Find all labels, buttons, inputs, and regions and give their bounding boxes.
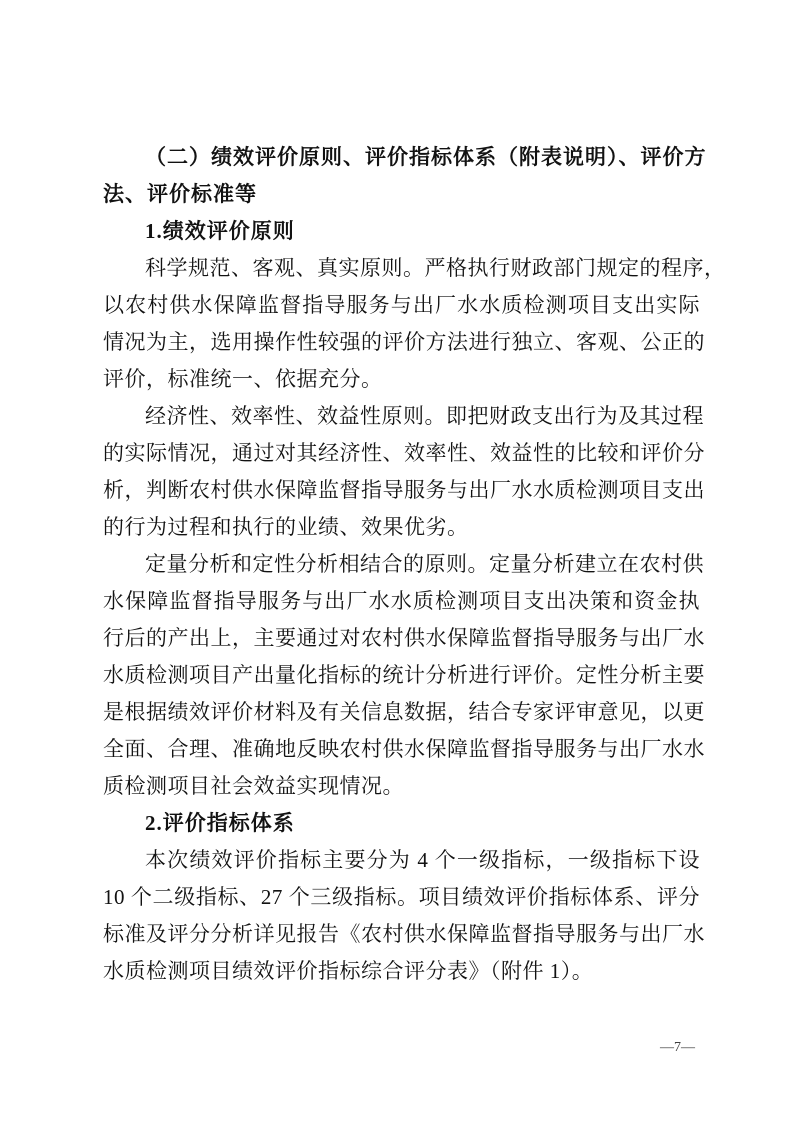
paragraph-2: 经济性、效率性、效益性原则。即把财政支出行为及其过程 的实际情况，通过对其经济性… xyxy=(103,398,700,546)
text-line: 科学规范、客观、真实原则。严格执行财政部门规定的程序， xyxy=(103,250,700,287)
document-page: （二）绩效评价原则、评价指标体系（附表说明）、评价方 法、评价标准等 1.绩效评… xyxy=(0,0,793,1122)
text-line: 定量分析和定性分析相结合的原则。定量分析建立在农村供 xyxy=(103,546,700,583)
heading-line: （二）绩效评价原则、评价指标体系（附表说明）、评价方 xyxy=(103,139,700,176)
text-line: 水质检测项目产出量化指标的统计分析进行评价。定性分析主要 xyxy=(103,657,700,694)
text-line: 标准及评分分析详见报告《农村供水保障监督指导服务与出厂水 xyxy=(103,916,700,953)
text-line: 本次绩效评价指标主要分为 4 个一级指标，一级指标下设 xyxy=(103,842,700,879)
paragraph-1: 科学规范、客观、真实原则。严格执行财政部门规定的程序， 以农村供水保障监督指导服… xyxy=(103,250,700,398)
paragraph-3: 定量分析和定性分析相结合的原则。定量分析建立在农村供 水保障监督指导服务与出厂水… xyxy=(103,546,700,805)
text-line: 析，判断农村供水保障监督指导服务与出厂水水质检测项目支出 xyxy=(103,472,700,509)
text-line: 是根据绩效评价材料及有关信息数据，结合专家评审意见，以更 xyxy=(103,694,700,731)
text-line: 水保障监督指导服务与出厂水水质检测项目支出决策和资金执 xyxy=(103,583,700,620)
text-line: 的行为过程和执行的业绩、效果优劣。 xyxy=(103,509,700,546)
text-line: 水质检测项目绩效评价指标综合评分表》（附件 1）。 xyxy=(103,953,700,990)
page-number: —7— xyxy=(660,1040,695,1056)
text-line: 的实际情况，通过对其经济性、效率性、效益性的比较和评价分 xyxy=(103,435,700,472)
text-line: 质检测项目社会效益实现情况。 xyxy=(103,768,700,805)
text-line: 行后的产出上，主要通过对农村供水保障监督指导服务与出厂水 xyxy=(103,620,700,657)
subsection-title-1: 1.绩效评价原则 xyxy=(103,213,700,250)
text-line: 情况为主，选用操作性较强的评价方法进行独立、客观、公正的 xyxy=(103,324,700,361)
text-line: 全面、合理、准确地反映农村供水保障监督指导服务与出厂水水 xyxy=(103,731,700,768)
page-body: （二）绩效评价原则、评价指标体系（附表说明）、评价方 法、评价标准等 1.绩效评… xyxy=(103,139,700,990)
text-line: 10 个二级指标、27 个三级指标。项目绩效评价指标体系、评分 xyxy=(103,879,700,916)
text-line: 评价，标准统一、依据充分。 xyxy=(103,361,700,398)
subsection-title-2: 2.评价指标体系 xyxy=(103,805,700,842)
section-heading: （二）绩效评价原则、评价指标体系（附表说明）、评价方 法、评价标准等 xyxy=(103,139,700,213)
text-line: 经济性、效率性、效益性原则。即把财政支出行为及其过程 xyxy=(103,398,700,435)
text-line: 以农村供水保障监督指导服务与出厂水水质检测项目支出实际 xyxy=(103,287,700,324)
heading-line: 法、评价标准等 xyxy=(103,176,700,213)
paragraph-4: 本次绩效评价指标主要分为 4 个一级指标，一级指标下设 10 个二级指标、27 … xyxy=(103,842,700,990)
